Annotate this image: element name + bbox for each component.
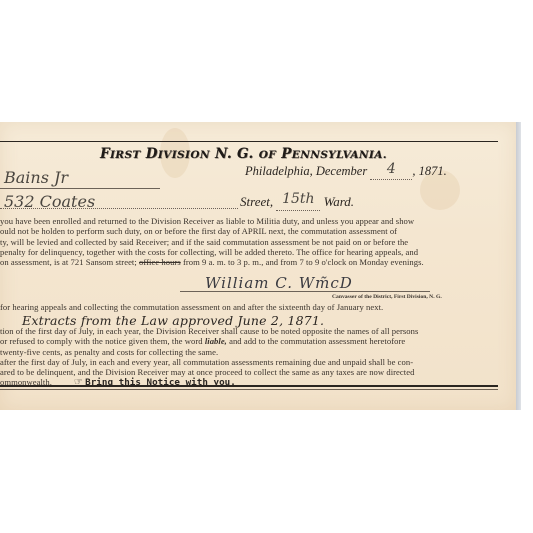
dateline-place: Philadelphia, December [245, 164, 367, 178]
dateline-year: , 1871. [412, 164, 446, 178]
ward-number-handwritten: 15th [282, 191, 314, 207]
law-line: ared to be delinquent, and the Division … [0, 367, 418, 377]
address-underline [0, 208, 238, 209]
recipient-name-field: Bains Jr [0, 168, 160, 189]
heading-word-penn: P [281, 146, 292, 162]
notice-line: on assessment, is at 721 Sansom street; … [0, 257, 424, 267]
struck-text: office hours [139, 257, 181, 267]
heading-word-division-rest: IVISION [158, 149, 210, 161]
law-line-part: or refused to comply with the notice giv… [0, 336, 205, 346]
law-line: ommonwealth. ☞ Bring this Notice with yo… [0, 377, 418, 388]
top-rule [0, 141, 498, 142]
paper-edge [516, 122, 521, 410]
bottom-rule-thin [0, 389, 498, 390]
notice-line: ty, will be levied and collected by said… [0, 237, 424, 247]
heading-word-first: F [100, 146, 110, 162]
notice-paragraph: you have been enrolled and returned to t… [0, 216, 424, 267]
law-line: tion of the first day of July, in each y… [0, 326, 418, 336]
ward-field: 15th [276, 194, 320, 211]
law-line-part: and add to the commutation assessment he… [227, 336, 405, 346]
bottom-rule [0, 385, 498, 387]
heading-ng: N. G. [215, 146, 254, 162]
notice-line: you have been enrolled and returned to t… [0, 216, 424, 226]
notice-line-part: from 9 a. m. to 3 p. m., and from 7 to 9… [181, 257, 424, 267]
heading-of: OF [259, 149, 276, 161]
heading-word-division: D [146, 146, 158, 162]
law-line: twenty-five cents, as penalty and costs … [0, 347, 418, 357]
recipient-name-handwritten: Bains Jr [4, 168, 68, 187]
date-day-field: 4 [370, 163, 412, 180]
dateline: Philadelphia, December 4, 1871. [245, 163, 447, 180]
notice-line-part: on assessment, is at 721 Sansom street; [0, 257, 139, 267]
notice-line: penalty for delinquency, together with t… [0, 247, 424, 257]
law-line: or refused to comply with the notice giv… [0, 336, 418, 346]
canvasser-title: Canvasser of the District, First Divisio… [332, 294, 442, 300]
liable-word: liable, [205, 336, 227, 346]
ward-label: Ward. [324, 194, 354, 209]
date-day-handwritten: 4 [387, 161, 396, 177]
heading-word-penn-rest: ENNSYLVANIA. [292, 149, 387, 161]
heading-word-first-rest: IRST [110, 149, 141, 161]
notice-line: ould not be holden to perform such duty,… [0, 226, 424, 236]
law-line: after the first day of July, in each and… [0, 357, 418, 367]
document-heading: FIRST DIVISION N. G. OF PENNSYLVANIA. [100, 146, 500, 162]
appeals-line: for hearing appeals and collecting the c… [0, 302, 383, 312]
street-label: Street, [240, 194, 273, 209]
address-line: 532 Coates Street, 15th Ward. [0, 192, 520, 214]
law-paragraph: tion of the first day of July, in each y… [0, 326, 418, 389]
street-ward-label: Street, 15th Ward. [240, 194, 354, 211]
canvasser-signature: William C. Wm̃cD [205, 274, 353, 292]
